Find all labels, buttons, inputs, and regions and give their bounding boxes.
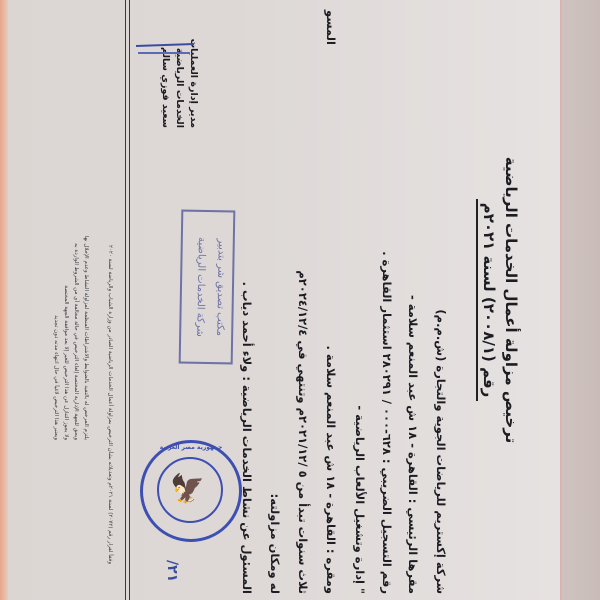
signature-block: مدير إدارة العمليات الخدمات الرياضية سعي…	[158, 18, 200, 128]
license-document: ترخيص مزاولة أعمال الخدمات الرياضية رقم …	[8, 0, 560, 600]
official-seal: جمهورية مصر العربية 🦅	[140, 440, 242, 542]
responsible-person-line: المسئول عن نشاط الخدمات الرياضية : ولاء …	[240, 282, 254, 594]
signature-stroke	[138, 52, 190, 54]
footnote-2: يلتزم المرخص له بالتقيد بالضوابط والاشتر…	[81, 20, 90, 440]
paper-edge-left	[0, 0, 8, 600]
seal-inner-ring: 🦅	[157, 457, 223, 523]
handwritten-mark: ٢١/	[164, 560, 180, 582]
headquarters-line: مقرها الرئيسي : القاهرة - ١٨ ش عبد المنع…	[406, 295, 420, 594]
footnote-1: وفقاً لقرار رقم (٢٠٧٢) لسنة ٢٠٢١م وتعديل…	[105, 20, 114, 564]
seal-text: جمهورية مصر العربية	[143, 444, 239, 451]
footnote-3: ويحق للجهة الإدارية المختصة إلغاء الترخي…	[71, 20, 80, 440]
company-name-line: شركة إكستريم للرياضات الجوية والتجارة (ش…	[434, 309, 448, 594]
rectangular-stamp: مكتب تصديق شر بتدبير شركة الخدمات الرياض…	[179, 210, 236, 365]
license-number-text: رقم (٢٠٠٨/١) لسنة ٢٠٢١م	[476, 199, 498, 402]
footer-divider	[125, 0, 130, 600]
location-line: ومقره : القاهرة - ١٨ ش عبد المنعم سلامة …	[324, 346, 338, 594]
tax-registration-line: رقم التسجيل الضريبي : ٦٢٨-٠٠٠ / ٢٨٠٢٩١ ا…	[380, 251, 394, 594]
footnote-4: ولا يجوز التنازل عن هذا الترخيص للغير إل…	[61, 20, 70, 440]
license-number: رقم (٢٠٠٨/١) لسنة ٢٠٢١م	[480, 0, 498, 600]
signatory-name: سعيد فوزي سالم	[158, 18, 172, 128]
stamp-line-2: شركة الخدمات الرياضية	[189, 212, 212, 362]
footnote-5: ويعتبر هذا الترخيص لاغياً في حال انتهاء …	[51, 20, 60, 440]
document-title: ترخيص مزاولة أعمال الخدمات الرياضية	[502, 0, 520, 600]
stamp-line-1: مكتب تصديق شر بتدبير	[209, 212, 232, 362]
practice-place-line: له ومكان مزاولته:	[268, 494, 282, 594]
signature-department: الخدمات الرياضية	[172, 18, 186, 128]
eagle-emblem-icon: 🦅	[175, 471, 205, 507]
signature-title: مدير إدارة العمليات	[186, 18, 200, 128]
background-surface	[562, 0, 600, 600]
left-fragment-1: المسو	[324, 10, 338, 45]
activity-line: " إدارة وتشغيل الألعاب الرياضية -	[353, 405, 367, 594]
validity-period-line: ثلاث سنوات تبدأ من ٥ /٢٠٢١/١٢م وتنتهي في…	[296, 270, 310, 594]
